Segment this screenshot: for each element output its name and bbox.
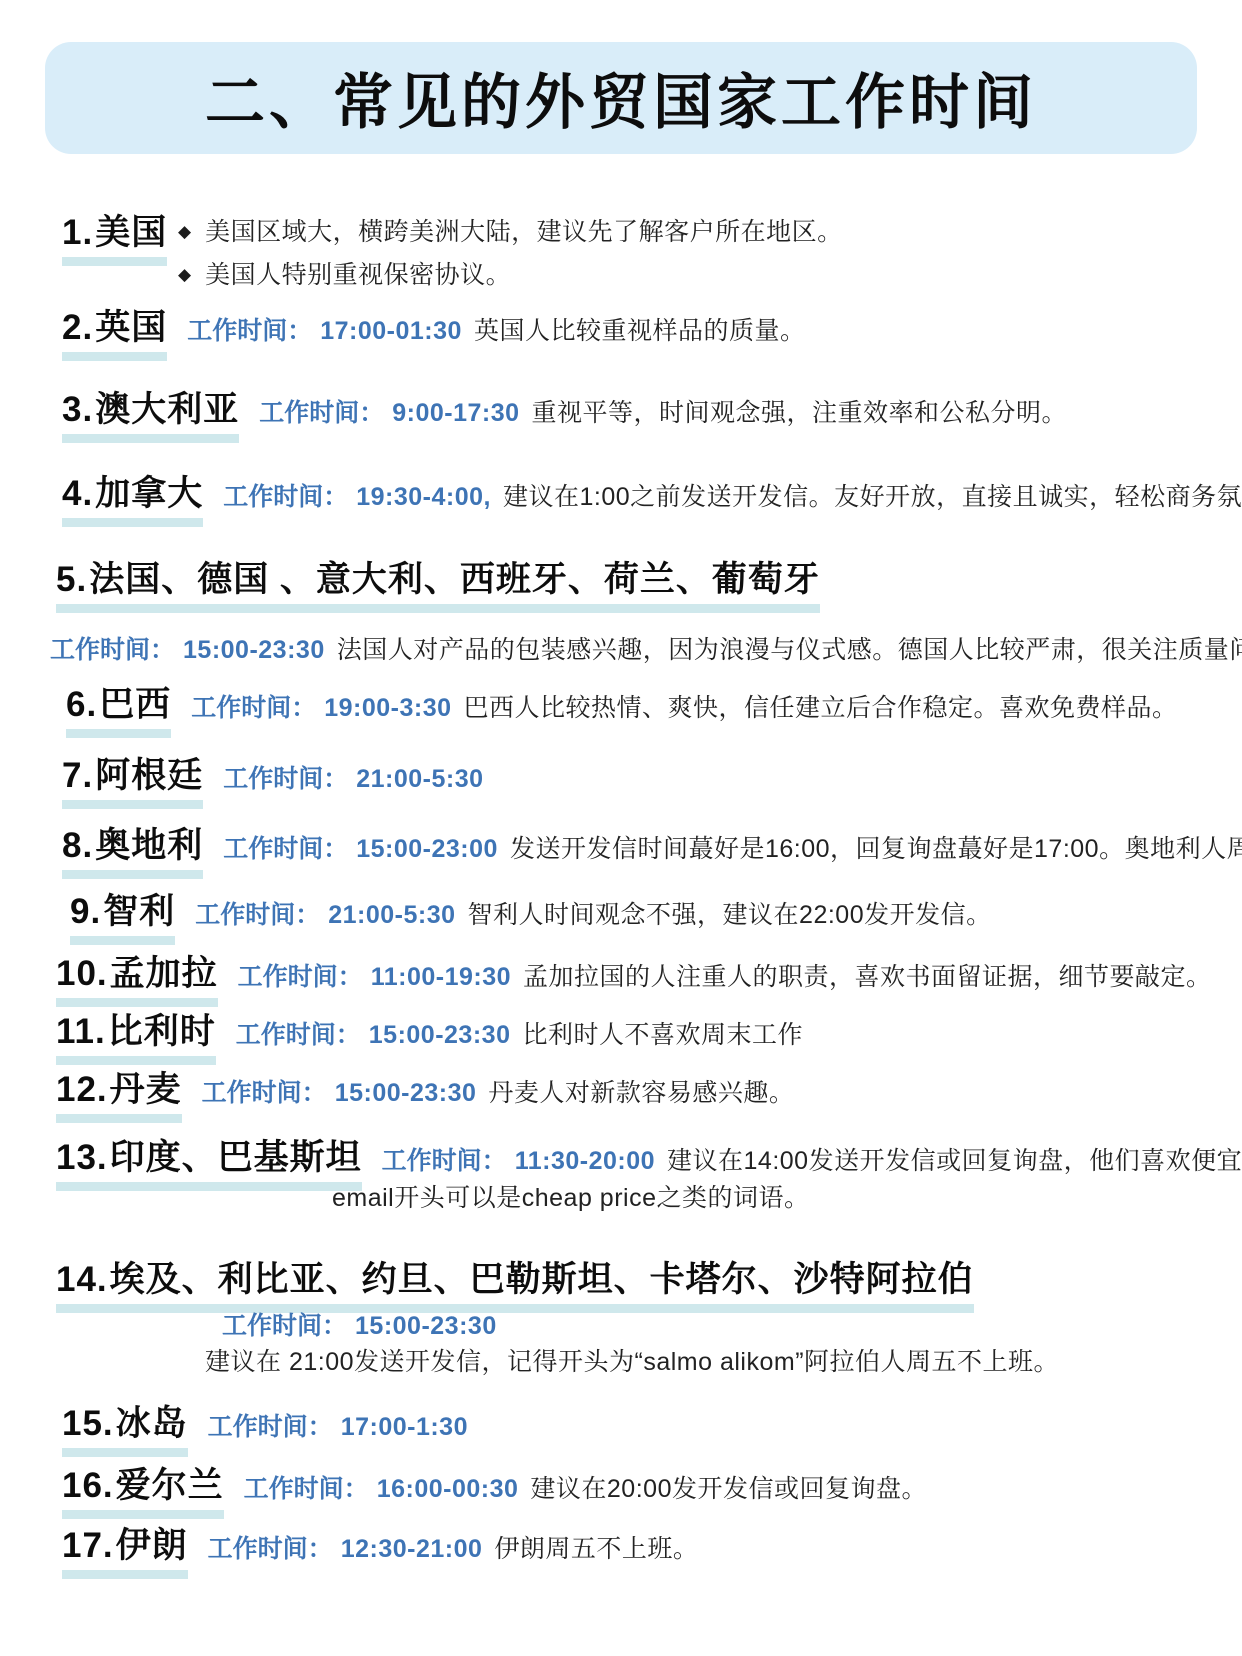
work-time-value: 11:30-20:00	[515, 1147, 655, 1176]
work-time-label: 工作时间：	[259, 393, 384, 429]
country-note: email开头可以是cheap price之类的词语。	[332, 1178, 810, 1214]
section-europe-heading: 5.法国、德国 、意大利、西班牙、荷兰、葡萄牙	[56, 552, 820, 613]
work-time-label: 工作时间：	[236, 1015, 361, 1051]
work-time-label: 工作时间：	[50, 630, 175, 666]
country-note: 英国人比较重视样品的质量。	[474, 311, 806, 347]
work-time-value: 15:00-23:30	[369, 1021, 511, 1050]
work-time-value: 21:00-5:30	[356, 765, 483, 794]
country-name: 13.印度、巴基斯坦	[56, 1130, 362, 1191]
country-name: 14.埃及、利比亚、约旦、巴勒斯坦、卡塔尔、沙特阿拉伯	[56, 1252, 974, 1313]
country-note: 发送开发信时间蕞好是16:00，回复询盘蕞好是17:00。奥地利人周日不处理工作	[510, 829, 1242, 865]
section-europe-body: 工作时间： 15:00-23:30 法国人对产品的包装感兴趣，因为浪漫与仪式感。…	[50, 630, 1242, 666]
section-middle-east-worktime: 工作时间： 15:00-23:30	[222, 1306, 509, 1342]
country-note: 孟加拉国的人注重人的职责，喜欢书面留证据，细节要敲定。	[523, 957, 1212, 993]
country-name: 3.澳大利亚	[62, 382, 239, 443]
work-time-label: 工作时间：	[222, 1306, 347, 1342]
work-time-value: 15:00-23:00	[356, 835, 498, 864]
section-denmark: 12.丹麦 工作时间： 15:00-23:30 丹麦人对新款容易感兴趣。	[56, 1062, 794, 1123]
page-title: 二、常见的外贸国家工作时间	[205, 55, 1037, 141]
section-bangladesh: 10.孟加拉 工作时间： 11:00-19:30 孟加拉国的人注重人的职责，喜欢…	[56, 946, 1212, 1007]
country-note: 巴西人比较热情、爽快，信任建立后合作稳定。喜欢免费样品。	[464, 688, 1178, 724]
section-chile: 9.智利 工作时间： 21:00-5:30 智利人时间观念不强，建议在22:00…	[70, 884, 992, 945]
country-name: 10.孟加拉	[56, 946, 218, 1007]
work-time-label: 工作时间：	[208, 1529, 333, 1565]
work-time-value: 17:00-1:30	[341, 1413, 468, 1442]
section-usa-bullet-1: ◆ 美国区域大，横跨美洲大陆，建议先了解客户所在地区。	[178, 212, 843, 248]
work-time-label: 工作时间：	[208, 1407, 333, 1443]
work-time-value: 21:00-5:30	[328, 901, 455, 930]
section-australia: 3.澳大利亚 工作时间： 9:00-17:30 重视平等，时间观念强，注重效率和…	[62, 382, 1067, 443]
country-name: 16.爱尔兰	[62, 1458, 224, 1519]
country-note: 建议在14:00发送开发信或回复询盘，他们喜欢便宜的价格，	[667, 1141, 1242, 1177]
section-middle-east-heading: 14.埃及、利比亚、约旦、巴勒斯坦、卡塔尔、沙特阿拉伯	[56, 1252, 974, 1313]
country-note: 丹麦人对新款容易感兴趣。	[488, 1073, 794, 1109]
section-middle-east-note: 建议在 21:00发送开发信，记得开头为“salmo alikom”阿拉伯人周五…	[205, 1342, 1059, 1378]
country-name: 12.丹麦	[56, 1062, 182, 1123]
section-iran: 17.伊朗 工作时间： 12:30-21:00 伊朗周五不上班。	[62, 1518, 698, 1579]
work-time-label: 工作时间：	[223, 759, 348, 795]
work-time-label: 工作时间：	[382, 1141, 507, 1177]
section-india-pakistan-note-2: email开头可以是cheap price之类的词语。	[332, 1178, 810, 1214]
section-canada: 4.加拿大 工作时间： 19:30-4:00, 建议在1:00之前发送开发信。友…	[62, 466, 1242, 527]
work-time-value: 16:00-00:30	[377, 1475, 519, 1504]
diamond-bullet-icon: ◆	[178, 265, 191, 285]
section-brazil: 6.巴西 工作时间： 19:00-3:30 巴西人比较热情、爽快，信任建立后合作…	[66, 677, 1178, 738]
work-time-label: 工作时间：	[202, 1073, 327, 1109]
work-time-value: 9:00-17:30	[392, 399, 519, 428]
country-name: 6.巴西	[66, 677, 171, 738]
section-iceland: 15.冰岛 工作时间： 17:00-1:30	[62, 1396, 480, 1457]
work-time-value: 11:00-19:30	[371, 963, 511, 992]
country-note: 法国人对产品的包装感兴趣，因为浪漫与仪式感。德国人比较严肃，很关注质量问题。	[337, 630, 1242, 666]
bullet-text: 美国人特别重视保密协议。	[205, 255, 511, 291]
section-ireland: 16.爱尔兰 工作时间： 16:00-00:30 建议在20:00发开发信或回复…	[62, 1458, 927, 1519]
country-name: 4.加拿大	[62, 466, 203, 527]
country-name: 11.比利时	[56, 1004, 216, 1065]
country-name: 2.英国	[62, 300, 167, 361]
country-note: 重视平等，时间观念强，注重效率和公私分明。	[532, 393, 1068, 429]
work-time-label: 工作时间：	[223, 829, 348, 865]
work-time-value: 15:00-23:30	[335, 1079, 477, 1108]
country-note: 建议在 21:00发送开发信，记得开头为“salmo alikom”阿拉伯人周五…	[205, 1342, 1059, 1378]
country-note: 建议在20:00发开发信或回复询盘。	[530, 1469, 927, 1505]
country-note: 建议在1:00之前发送开发信。友好开放，直接且诚实，轻松商务氛围。	[503, 477, 1242, 513]
section-usa-bullet-2: ◆ 美国人特别重视保密协议。	[178, 255, 511, 291]
work-time-value: 17:00-01:30	[320, 317, 462, 346]
country-name: 8.奥地利	[62, 818, 203, 879]
country-note: 比利时人不喜欢周末工作	[522, 1015, 803, 1051]
work-time-label: 工作时间：	[195, 895, 320, 931]
country-name: 1.美国	[62, 205, 167, 266]
document-page: 二、常见的外贸国家工作时间 1.美国 ◆ 美国区域大，横跨美洲大陆，建议先了解客…	[0, 0, 1242, 1656]
section-usa: 1.美国	[62, 205, 187, 266]
section-uk: 2.英国 工作时间： 17:00-01:30 英国人比较重视样品的质量。	[62, 300, 805, 361]
diamond-bullet-icon: ◆	[178, 222, 191, 242]
work-time-label: 工作时间：	[238, 957, 363, 993]
section-belgium: 11.比利时 工作时间： 15:00-23:30 比利时人不喜欢周末工作	[56, 1004, 803, 1065]
country-note: 伊朗周五不上班。	[494, 1529, 698, 1565]
country-name: 17.伊朗	[62, 1518, 188, 1579]
section-argentina: 7.阿根廷 工作时间： 21:00-5:30	[62, 748, 496, 809]
title-banner: 二、常见的外贸国家工作时间	[45, 42, 1197, 154]
work-time-value: 12:30-21:00	[341, 1535, 483, 1564]
work-time-label: 工作时间：	[191, 688, 316, 724]
country-name: 5.法国、德国 、意大利、西班牙、荷兰、葡萄牙	[56, 552, 820, 613]
country-note: 智利人时间观念不强，建议在22:00发开发信。	[468, 895, 992, 931]
country-name: 7.阿根廷	[62, 748, 203, 809]
country-name: 9.智利	[70, 884, 175, 945]
work-time-value: 15:00-23:30	[355, 1312, 497, 1341]
country-name: 15.冰岛	[62, 1396, 188, 1457]
section-austria: 8.奥地利 工作时间： 15:00-23:00 发送开发信时间蕞好是16:00，…	[62, 818, 1242, 879]
bullet-text: 美国区域大，横跨美洲大陆，建议先了解客户所在地区。	[205, 212, 843, 248]
work-time-label: 工作时间：	[187, 311, 312, 347]
work-time-value: 19:00-3:30	[324, 694, 451, 723]
work-time-label: 工作时间：	[223, 477, 348, 513]
work-time-value: 15:00-23:30	[183, 636, 325, 665]
work-time-value: 19:30-4:00,	[356, 483, 491, 512]
work-time-label: 工作时间：	[244, 1469, 369, 1505]
